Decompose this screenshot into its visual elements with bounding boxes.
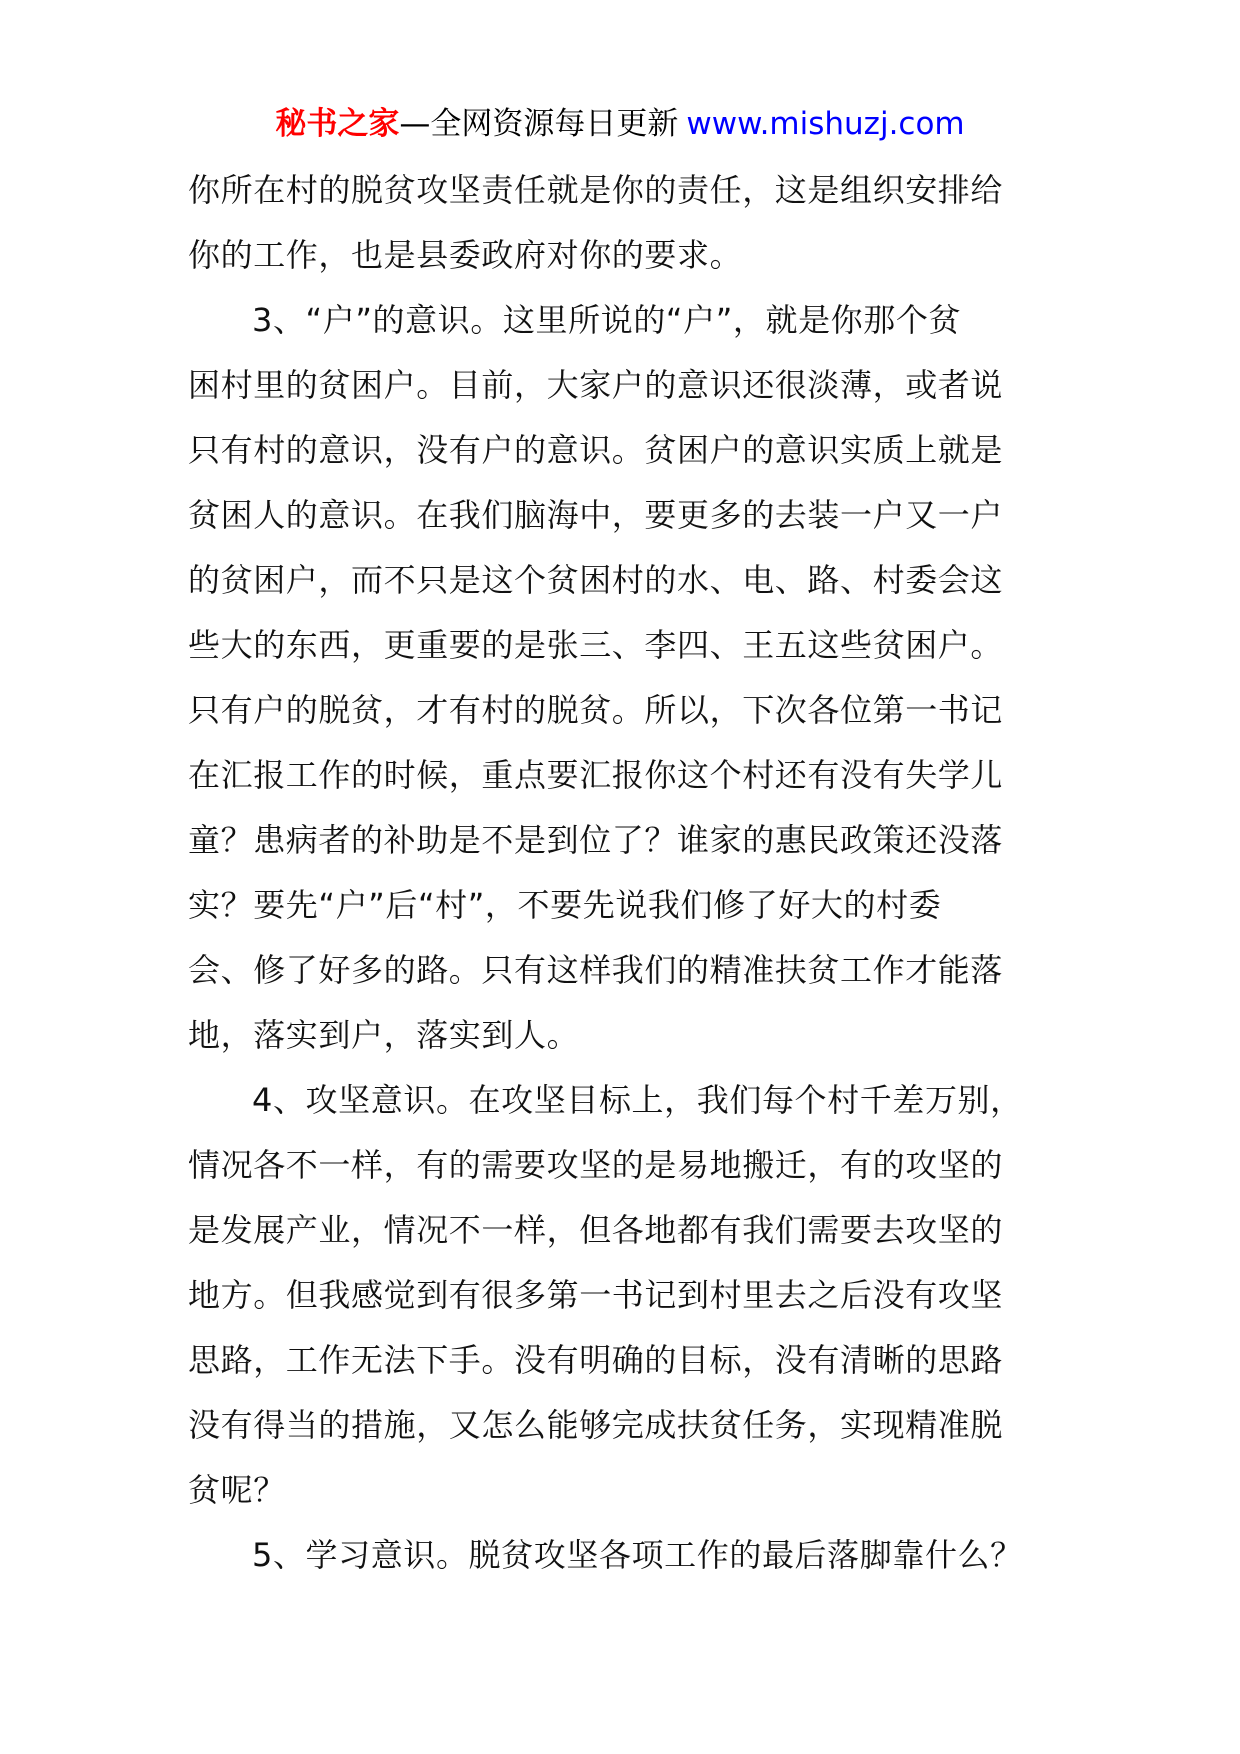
text-line: 的贫困户，而不只是这个贫困村的水、电、路、村委会这 <box>188 557 1058 603</box>
paragraph-5-start: 5、学习意识。脱贫攻坚各项工作的最后落脚靠什么？ <box>188 1532 1122 1578</box>
header-slogan: —全网资源每日更新 <box>399 106 678 142</box>
text-line: 情况各不一样，有的需要攻坚的是易地搬迁，有的攻坚的 <box>188 1142 1058 1188</box>
text-line: 只有户的脱贫，才有村的脱贫。所以，下次各位第一书记 <box>188 687 1058 733</box>
text-line: 贫困人的意识。在我们脑海中，要更多的去装一户又一户 <box>188 492 1058 538</box>
text-line: 困村里的贫困户。目前，大家户的意识还很淡薄，或者说 <box>188 362 1058 408</box>
text-line: 你所在村的脱贫攻坚责任就是你的责任，这是组织安排给 <box>188 167 1058 213</box>
paragraph-3-start: 3、“户”的意识。这里所说的“户”，就是你那个贫 <box>188 297 1122 343</box>
text-line: 在汇报工作的时候，重点要汇报你这个村还有没有失学儿 <box>188 752 1058 798</box>
text-line: 是发展产业，情况不一样，但各地都有我们需要去攻坚的 <box>188 1207 1058 1253</box>
brand-name: 秘书之家 <box>275 106 399 142</box>
text-line: 童？患病者的补助是不是到位了？谁家的惠民政策还没落 <box>188 817 1058 863</box>
text-line: 没有得当的措施，又怎么能够完成扶贫任务，实现精准脱 <box>188 1402 1058 1448</box>
website-link[interactable]: www.mishuzj.com <box>686 106 964 142</box>
text-line: 实？要先“户”后“村”，不要先说我们修了好大的村委 <box>188 882 1058 928</box>
page-header: 秘书之家—全网资源每日更新www.mishuzj.com <box>0 100 1240 148</box>
text-line: 你的工作，也是县委政府对你的要求。 <box>188 232 1058 278</box>
text-line: 思路，工作无法下手。没有明确的目标，没有清晰的思路 <box>188 1337 1058 1383</box>
paragraph-4-start: 4、攻坚意识。在攻坚目标上，我们每个村千差万别， <box>188 1077 1122 1123</box>
text-line: 地方。但我感觉到有很多第一书记到村里去之后没有攻坚 <box>188 1272 1058 1318</box>
text-line: 地，落实到户，落实到人。 <box>188 1012 1058 1058</box>
text-line: 会、修了好多的路。只有这样我们的精准扶贫工作才能落 <box>188 947 1058 993</box>
text-line: 只有村的意识，没有户的意识。贫困户的意识实质上就是 <box>188 427 1058 473</box>
text-line: 些大的东西，更重要的是张三、李四、王五这些贫困户。 <box>188 622 1058 668</box>
text-line: 贫呢？ <box>188 1467 1058 1513</box>
